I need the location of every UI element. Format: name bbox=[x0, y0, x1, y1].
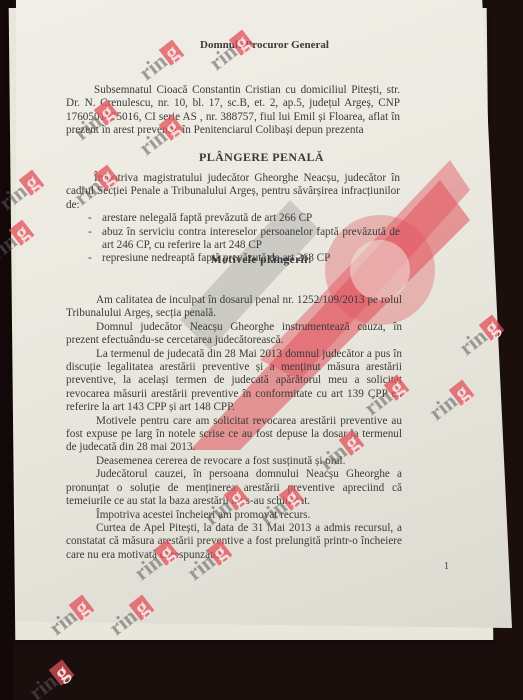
against-section: Împotriva magistratului judecător Gheorg… bbox=[66, 172, 400, 266]
paragraph: Motivele pentru care am solicitat revoca… bbox=[66, 415, 402, 455]
intro-paragraph: Subsemnatul Cioacă Constantin Cristian c… bbox=[66, 84, 400, 138]
paragraph: Deasemenea cererea de revocare a fost su… bbox=[66, 455, 402, 468]
paragraph: La termenul de judecată din 28 Mai 2013 … bbox=[66, 348, 402, 415]
page-number: 1 bbox=[444, 560, 449, 573]
complaint-title: PLÂNGERE PENALĂ bbox=[0, 151, 523, 164]
reasons-title: Motivele plângerii: bbox=[0, 254, 523, 267]
paragraph: Judecătorul cauzei, în persoana domnului… bbox=[66, 468, 402, 508]
reasons-body: Am calitatea de inculpat în dosarul pena… bbox=[66, 294, 402, 562]
paragraph: Împotriva acestei încheieri am promovat … bbox=[66, 509, 402, 522]
paragraph: Am calitatea de inculpat în dosarul pena… bbox=[66, 294, 402, 321]
against-text: Împotriva magistratului judecător Gheorg… bbox=[66, 172, 400, 212]
document-text: Domnule Procuror General Subsemnatul Cio… bbox=[0, 0, 523, 700]
offense-item: abuz în serviciu contra intereselor pers… bbox=[88, 226, 400, 253]
offense-item: arestare nelegală faptă prevăzută de art… bbox=[88, 212, 400, 225]
addressee: Domnule Procuror General bbox=[0, 39, 523, 52]
paragraph: Curtea de Apel Pitești, la data de 31 Ma… bbox=[66, 522, 402, 562]
paragraph: Domnul judecător Neacșu Gheorghe instrum… bbox=[66, 321, 402, 348]
